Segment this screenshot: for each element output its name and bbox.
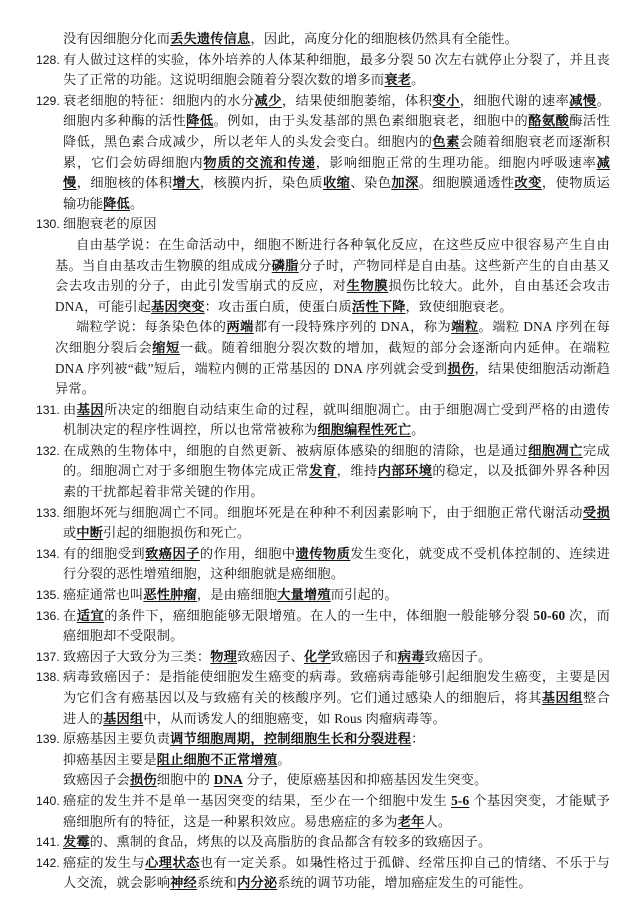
highlighted-term: 损伤 <box>447 361 474 376</box>
note-continuation: 抑癌基因主要是阻止细胞不正常增殖。 <box>36 750 610 771</box>
text-run: ，维持 <box>337 463 378 478</box>
item-number: 131. <box>36 400 60 421</box>
text-run: 。例如，由于头发基部的黑色素细胞衰老，细胞中的 <box>214 113 529 128</box>
text-run: 细胞坏死与细胞凋亡不同。细胞坏死是在种种不利因素影响下，由于细胞正常代谢活动 <box>63 505 583 520</box>
text-run: ，因此，高度分化的细胞核仍然具有全能性。 <box>250 31 518 46</box>
text-run: 由 <box>63 402 77 417</box>
highlighted-term: 基因组 <box>103 711 143 726</box>
text-run: 原癌基因主要负责 <box>63 731 170 746</box>
text-run: 。 <box>277 752 290 767</box>
text-run: 或 <box>63 525 76 540</box>
item-number: 135. <box>36 585 60 606</box>
highlighted-term: 加深 <box>391 175 418 190</box>
note-item: 135.癌症通常也叫恶性肿瘤，是由癌细胞大量增殖而引起的。 <box>36 585 610 606</box>
text-run: 分子，使原癌基因和抑癌基因发生突变。 <box>243 772 487 787</box>
highlighted-term: 阻止细胞不正常增殖 <box>157 752 278 767</box>
text-run: 致癌因子和 <box>331 649 398 664</box>
note-item: 133.细胞坏死与细胞凋亡不同。细胞坏死是在种种不利因素影响下，由于细胞正常代谢… <box>36 503 610 544</box>
text-run: ：攻击蛋白质，使蛋白质 <box>205 299 352 314</box>
text-run: 。细胞膜通透性 <box>419 175 515 190</box>
highlighted-term: 基因突变 <box>151 299 205 314</box>
text-run: 癌症的发生并不是单一基因突变的结果，至少在一个细胞中发生 <box>63 793 451 808</box>
highlighted-term: 降低 <box>186 113 213 128</box>
item-number: 136. <box>36 606 60 627</box>
text-run: 。 <box>411 72 424 87</box>
note-sub-paragraph: 端粒学说：每条染色体的两端都有一段特殊序列的 DNA，称为端粒。端粒 DNA 序… <box>36 317 610 399</box>
note-item: 132.在成熟的生物体中，细胞的自然更新、被病原体感染的细胞的清除，也是通过细胞… <box>36 441 610 503</box>
text-run: 致癌因子大致分为三类： <box>63 649 210 664</box>
highlighted-term: 变小 <box>432 93 459 108</box>
highlighted-term: 色素 <box>432 134 459 149</box>
highlighted-term: 中断 <box>76 525 103 540</box>
highlighted-term: 发育 <box>309 463 336 478</box>
highlighted-term: 改变 <box>515 175 542 190</box>
text-run: ，结果使细胞萎缩，体积 <box>282 93 433 108</box>
text-run: 细胞衰老的原因 <box>63 216 157 231</box>
note-item: 129.衰老细胞的特征：细胞内的水分减少，结果使细胞萎缩，体积变小，细胞代谢的速… <box>36 91 610 215</box>
highlighted-term: 恶性肿瘤 <box>143 587 197 602</box>
text-run: 致癌因子、 <box>237 649 304 664</box>
item-number: 141. <box>36 832 60 853</box>
note-continuation: 没有因细胞分化而丢失遗传信息，因此，高度分化的细胞核仍然具有全能性。 <box>36 29 610 50</box>
highlighted-term: DNA <box>214 772 243 787</box>
text-run: ，细胞核的体积 <box>77 175 173 190</box>
document-page: 没有因细胞分化而丢失遗传信息，因此，高度分化的细胞核仍然具有全能性。128.有人… <box>0 0 640 905</box>
text-run: 致癌因子会 <box>63 772 130 787</box>
highlighted-term: 大量增殖 <box>277 587 331 602</box>
highlighted-term: 遗传物质 <box>296 546 351 561</box>
note-continuation: 致癌因子会损伤细胞中的 DNA 分子，使原癌基因和抑癌基因发生突变。 <box>36 770 610 791</box>
highlighted-term: 病毒 <box>398 649 425 664</box>
text-run: 都有一段特殊序列的 DNA，称为 <box>254 319 451 334</box>
highlighted-term: 老年 <box>398 814 425 829</box>
highlighted-term: 衰老 <box>384 72 411 87</box>
highlighted-term: 50-60 <box>534 608 566 623</box>
highlighted-term: 酪氨酸 <box>528 113 569 128</box>
highlighted-term: 损伤 <box>130 772 157 787</box>
notes-list: 没有因细胞分化而丢失遗传信息，因此，高度分化的细胞核仍然具有全能性。128.有人… <box>36 29 610 894</box>
item-number: 140. <box>36 791 60 812</box>
note-item: 141.发霉的、熏制的食品，烤焦的以及高脂肪的食品都含有较多的致癌因子。 <box>36 832 610 853</box>
text-run: 抑癌基因主要是 <box>63 752 157 767</box>
highlighted-term: 神经 <box>170 875 197 890</box>
item-number: 128. <box>36 50 60 71</box>
highlighted-term: 5-6 <box>451 793 469 808</box>
item-number: 137. <box>36 647 60 668</box>
highlighted-term: 两端 <box>226 319 253 334</box>
text-run: 有的细胞受到 <box>63 546 145 561</box>
text-run: 、染色 <box>350 175 391 190</box>
item-number: 134. <box>36 544 60 565</box>
text-run: 癌症通常也叫 <box>63 587 143 602</box>
text-run: 系统和 <box>197 875 237 890</box>
text-run: 的条件下，癌细胞能够无限增殖。在人的一生中，体细胞一般能够分裂 <box>104 608 533 623</box>
text-run: 。 <box>411 422 424 437</box>
page-number: 8 <box>0 858 640 870</box>
text-run: 的作用，细胞中 <box>200 546 296 561</box>
highlighted-term: 降低 <box>103 196 130 211</box>
text-run: 端粒学说：每条染色体的 <box>76 319 226 334</box>
note-item: 130.细胞衰老的原因 <box>36 214 610 235</box>
text-run: 中，从而诱发人的细胞癌变，如 Rous 肉瘤病毒等。 <box>143 711 446 726</box>
text-run: ，致使细胞衰老。 <box>406 299 513 314</box>
highlighted-term: 磷脂 <box>272 258 299 273</box>
highlighted-term: 生物膜 <box>347 278 389 293</box>
highlighted-term: 基因 <box>77 402 104 417</box>
text-run: 人。 <box>424 814 451 829</box>
note-sub-paragraph: 自由基学说：在生命活动中，细胞不断进行各种氧化反应，在这些反应中很容易产生自由基… <box>36 235 610 317</box>
highlighted-term: 基因组 <box>542 690 583 705</box>
note-item: 137.致癌因子大致分为三类：物理致癌因子、化学致癌因子和病毒致癌因子。 <box>36 647 610 668</box>
text-run: 在成熟的生物体中，细胞的自然更新、被病原体感染的细胞的清除，也是通过 <box>63 443 528 458</box>
note-item: 140.癌症的发生并不是单一基因突变的结果，至少在一个细胞中发生 5-6 个基因… <box>36 791 610 832</box>
highlighted-term: 受损 <box>583 505 610 520</box>
text-run: 没有因细胞分化而 <box>63 31 170 46</box>
item-number: 129. <box>36 91 60 112</box>
text-run: ，是由癌细胞 <box>197 587 277 602</box>
item-number: 132. <box>36 441 60 462</box>
note-item: 134.有的细胞受到致癌因子的作用，细胞中遗传物质发生变化，就变成不受机体控制的… <box>36 544 610 585</box>
text-run: 有人做过这样的实验，体外培养的人体某种细胞，最多分裂 50 次左右就停止分裂了，… <box>63 52 610 88</box>
highlighted-term: 减少 <box>255 93 282 108</box>
text-run: 引起的细胞损伤和死亡。 <box>103 525 250 540</box>
text-run: 衰老细胞的特征：细胞内的水分 <box>63 93 255 108</box>
highlighted-term: 调节细胞周期，控制细胞生长和分裂进程 <box>170 731 411 746</box>
highlighted-term: 细胞编程性死亡 <box>317 422 411 437</box>
highlighted-term: 收缩 <box>323 175 350 190</box>
text-run: 而引起的。 <box>331 587 398 602</box>
highlighted-term: 端粒 <box>451 319 478 334</box>
highlighted-term: 细胞凋亡 <box>528 443 583 458</box>
item-number: 133. <box>36 503 60 524</box>
highlighted-term: 丢失遗传信息 <box>170 31 250 46</box>
item-number: 130. <box>36 214 60 235</box>
highlighted-term: 内分泌 <box>237 875 277 890</box>
item-number: 139. <box>36 729 60 750</box>
highlighted-term: 物理 <box>210 649 237 664</box>
text-run: 的、熏制的食品，烤焦的以及高脂肪的食品都含有较多的致癌因子。 <box>90 834 492 849</box>
highlighted-term: 致癌因子 <box>145 546 200 561</box>
text-run: 病毒致癌因子：是指能使细胞发生癌变的病毒。致癌病毒能够引起细胞发生癌变，主要是因… <box>63 669 610 705</box>
note-item: 136.在适宜的条件下，癌细胞能够无限增殖。在人的一生中，体细胞一般能够分裂 5… <box>36 606 610 647</box>
text-run: ，细胞代谢的速率 <box>460 93 569 108</box>
text-run: ，核膜内折，染色质 <box>200 175 323 190</box>
highlighted-term: 适宜 <box>77 608 104 623</box>
highlighted-term: 缩短 <box>152 340 180 355</box>
item-number: 138. <box>36 667 60 688</box>
text-run: 致癌因子。 <box>424 649 491 664</box>
highlighted-term: 物质的交流和传递 <box>203 155 315 170</box>
text-run: 细胞中的 <box>157 772 214 787</box>
text-run: ： <box>411 731 424 746</box>
text-run: 。 <box>130 196 143 211</box>
highlighted-term: 增大 <box>172 175 199 190</box>
text-run: ，影响细胞正常的生理功能。细胞内呼吸速率 <box>316 155 597 170</box>
text-run: 在 <box>63 608 77 623</box>
highlighted-term: 内部环境 <box>378 463 433 478</box>
highlighted-term: 活性下降 <box>352 299 406 314</box>
text-run: 系统的调节功能，增加癌症发生的可能性。 <box>277 875 531 890</box>
note-item: 131.由基因所决定的细胞自动结束生命的过程，就叫细胞凋亡。由于细胞凋亡受到严格… <box>36 400 610 441</box>
highlighted-term: 化学 <box>304 649 331 664</box>
note-item: 139.原癌基因主要负责调节细胞周期，控制细胞生长和分裂进程： <box>36 729 610 750</box>
highlighted-term: 发霉 <box>63 834 90 849</box>
note-item: 138.病毒致癌因子：是指能使细胞发生癌变的病毒。致癌病毒能够引起细胞发生癌变，… <box>36 667 610 729</box>
note-item: 128.有人做过这样的实验，体外培养的人体某种细胞，最多分裂 50 次左右就停止… <box>36 50 610 91</box>
highlighted-term: 减慢 <box>569 93 596 108</box>
